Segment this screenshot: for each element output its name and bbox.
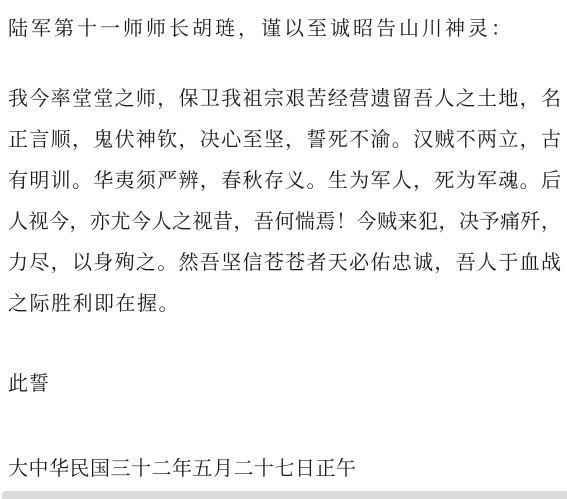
- body-line: 有明训。华夷须严辨，春秋存义。生为军人，死为军魂。后: [8, 160, 561, 201]
- dateline: 大中华民国三十二年五月二十七日正午: [8, 455, 561, 481]
- body-line: 人视今，亦尤今人之视昔，吾何惴焉！今贼来犯，决予痛歼，: [8, 201, 561, 242]
- body-line: 力尽，以身殉之。然吾坚信苍苍者天必佑忠诚，吾人于血战: [8, 242, 561, 283]
- body-line: 之际胜利即在握。: [8, 283, 561, 324]
- body-paragraph: 我今率堂堂之师，保卫我祖宗艰苦经营遗留吾人之土地，名 正言顺，鬼伏神钦，决心至坚…: [8, 78, 561, 324]
- document-page: 陆军第十一师师长胡琏，谨以至诚昭告山川神灵： 我今率堂堂之师，保卫我祖宗艰苦经营…: [0, 0, 567, 499]
- body-line: 正言顺，鬼伏神钦，决心至坚，誓死不渝。汉贼不两立，古: [8, 119, 561, 160]
- closing-line: 此誓: [8, 370, 561, 396]
- salutation-line: 陆军第十一师师长胡琏，谨以至诚昭告山川神灵：: [8, 14, 561, 42]
- horizontal-scrollbar[interactable]: [2, 491, 567, 499]
- body-line: 我今率堂堂之师，保卫我祖宗艰苦经营遗留吾人之土地，名: [8, 78, 561, 119]
